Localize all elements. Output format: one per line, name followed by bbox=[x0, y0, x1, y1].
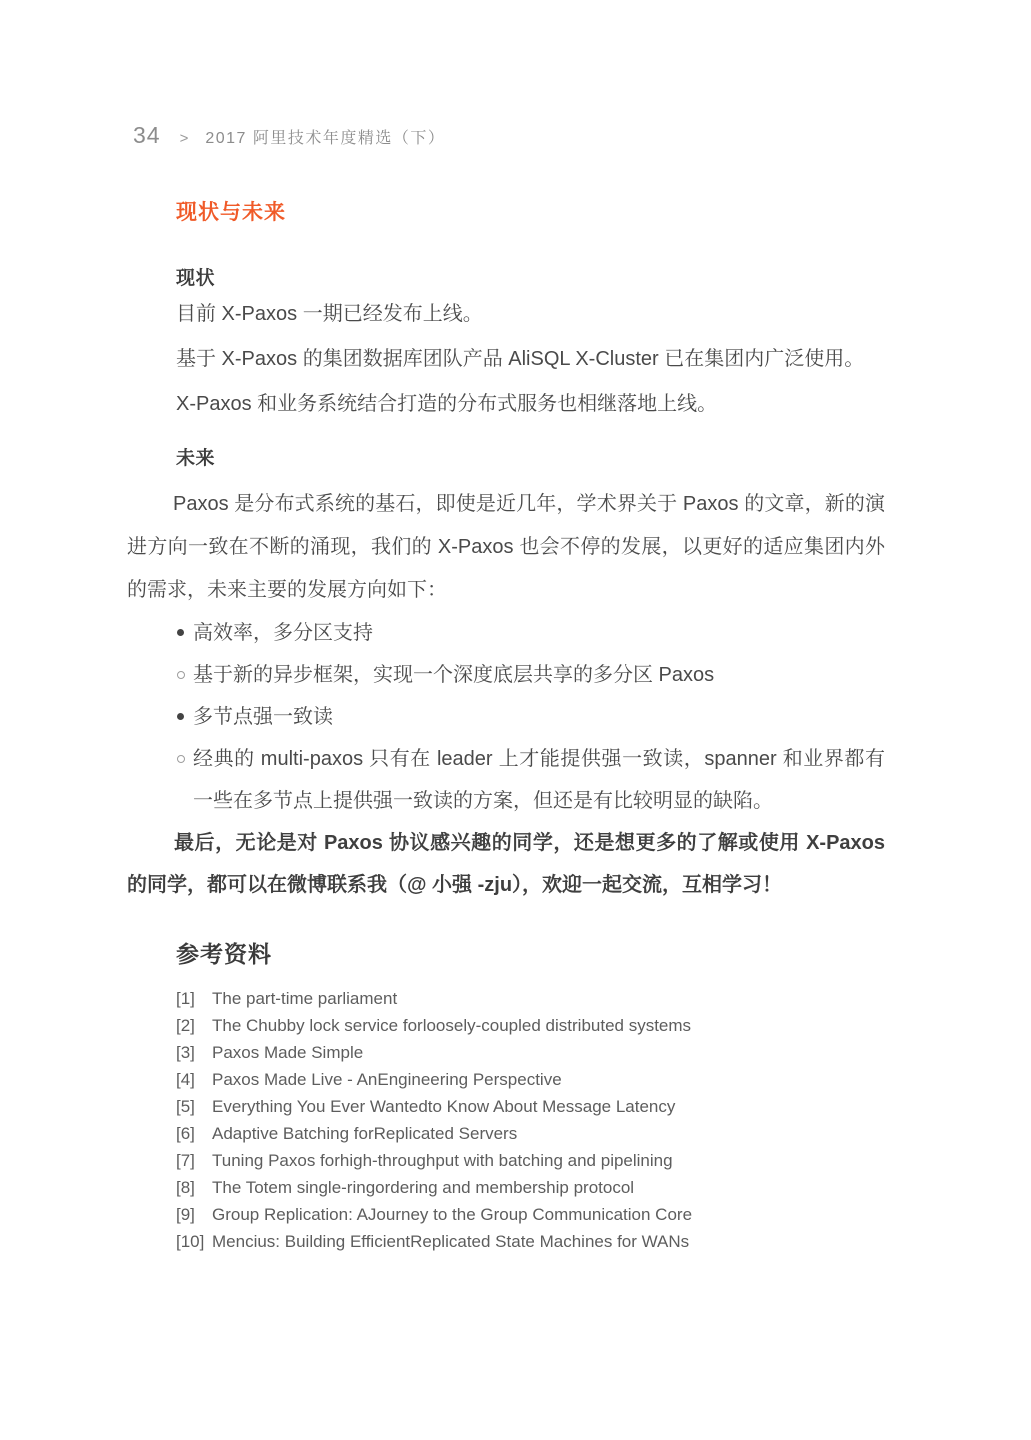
reference-item: [7] Tuning Paxos forhigh-throughput with… bbox=[176, 1147, 885, 1174]
bullet-icon bbox=[177, 696, 193, 738]
bullet-text: 经典的 multi-paxos 只有在 leader 上才能提供强一致读，spa… bbox=[193, 738, 885, 822]
reference-item: [6] Adaptive Batching forReplicated Serv… bbox=[176, 1120, 885, 1147]
reference-title: Paxos Made Simple bbox=[212, 1039, 885, 1066]
reference-title: Adaptive Batching forReplicated Servers bbox=[212, 1120, 885, 1147]
bullet-icon bbox=[177, 738, 193, 822]
reference-item: [1] The part-time parliament bbox=[176, 985, 885, 1012]
reference-item: [5] Everything You Ever Wantedto Know Ab… bbox=[176, 1093, 885, 1120]
reference-title: Group Replication: AJourney to the Group… bbox=[212, 1201, 885, 1228]
reference-item: [2] The Chubby lock service forloosely-c… bbox=[176, 1012, 885, 1039]
status-paragraph: 目前 X-Paxos 一期已经发布上线。 bbox=[176, 302, 885, 326]
bullet-icon bbox=[177, 654, 193, 696]
main-section-heading: 现状与未来 bbox=[176, 196, 885, 226]
future-paragraph: Paxos 是分布式系统的基石，即使是近几年，学术界关于 Paxos 的文章，新… bbox=[127, 483, 885, 612]
reference-item: [8] The Totem single-ringordering and me… bbox=[176, 1174, 885, 1201]
status-paragraph: 基于 X-Paxos 的集团数据库团队产品 AliSQL X-Cluster 已… bbox=[176, 347, 885, 371]
reference-number: [10] bbox=[176, 1228, 212, 1255]
reference-title: The Totem single-ringordering and member… bbox=[212, 1174, 885, 1201]
reference-item: [10] Mencius: Building EfficientReplicat… bbox=[176, 1228, 885, 1255]
reference-number: [5] bbox=[176, 1093, 212, 1120]
status-paragraph: X-Paxos 和业务系统结合打造的分布式服务也相继落地上线。 bbox=[176, 392, 885, 416]
references-heading: 参考资料 bbox=[176, 936, 885, 969]
reference-number: [8] bbox=[176, 1174, 212, 1201]
bullet-list-item: 基于新的异步框架，实现一个深度底层共享的多分区 Paxos bbox=[177, 654, 885, 696]
reference-number: [1] bbox=[176, 985, 212, 1012]
reference-number: [4] bbox=[176, 1066, 212, 1093]
bullet-list-item: 经典的 multi-paxos 只有在 leader 上才能提供强一致读，spa… bbox=[177, 738, 885, 822]
reference-title: The part-time parliament bbox=[212, 985, 885, 1012]
future-direction-list: 高效率，多分区支持 基于新的异步框架，实现一个深度底层共享的多分区 Paxos … bbox=[127, 612, 885, 822]
page-header: 34 > 2017 阿里技术年度精选（下） bbox=[133, 122, 445, 149]
reference-item: [4] Paxos Made Live - AnEngineering Pers… bbox=[176, 1066, 885, 1093]
reference-number: [9] bbox=[176, 1201, 212, 1228]
reference-item: [9] Group Replication: AJourney to the G… bbox=[176, 1201, 885, 1228]
reference-title: The Chubby lock service forloosely-coupl… bbox=[212, 1012, 885, 1039]
reference-title: Paxos Made Live - AnEngineering Perspect… bbox=[212, 1066, 885, 1093]
references-list: [1] The part-time parliament [2] The Chu… bbox=[127, 985, 885, 1255]
breadcrumb-separator-icon: > bbox=[180, 130, 189, 147]
reference-number: [7] bbox=[176, 1147, 212, 1174]
bullet-icon bbox=[177, 612, 193, 654]
article-content: 现状与未来 现状 目前 X-Paxos 一期已经发布上线。 基于 X-Paxos… bbox=[127, 196, 885, 1255]
book-title: 2017 阿里技术年度精选（下） bbox=[205, 125, 445, 148]
bullet-text: 多节点强一致读 bbox=[193, 696, 333, 738]
reference-number: [2] bbox=[176, 1012, 212, 1039]
status-paragraphs: 目前 X-Paxos 一期已经发布上线。 基于 X-Paxos 的集团数据库团队… bbox=[127, 302, 885, 416]
document-page: 34 > 2017 阿里技术年度精选（下） 现状与未来 现状 目前 X-Paxo… bbox=[0, 0, 1031, 1440]
future-heading: 未来 bbox=[176, 443, 885, 470]
bullet-list-item: 高效率，多分区支持 bbox=[177, 612, 885, 654]
bullet-text: 高效率，多分区支持 bbox=[193, 612, 373, 654]
reference-title: Everything You Ever Wantedto Know About … bbox=[212, 1093, 885, 1120]
bullet-text: 基于新的异步框架，实现一个深度底层共享的多分区 Paxos bbox=[193, 654, 714, 696]
bullet-list-item: 多节点强一致读 bbox=[177, 696, 885, 738]
reference-title: Mencius: Building EfficientReplicated St… bbox=[212, 1228, 885, 1255]
reference-title: Tuning Paxos forhigh-throughput with bat… bbox=[212, 1147, 885, 1174]
page-number: 34 bbox=[133, 122, 161, 149]
closing-paragraph: 最后，无论是对 Paxos 协议感兴趣的同学，还是想更多的了解或使用 X-Pax… bbox=[127, 822, 885, 906]
reference-number: [6] bbox=[176, 1120, 212, 1147]
reference-number: [3] bbox=[176, 1039, 212, 1066]
status-heading: 现状 bbox=[176, 263, 885, 290]
reference-item: [3] Paxos Made Simple bbox=[176, 1039, 885, 1066]
